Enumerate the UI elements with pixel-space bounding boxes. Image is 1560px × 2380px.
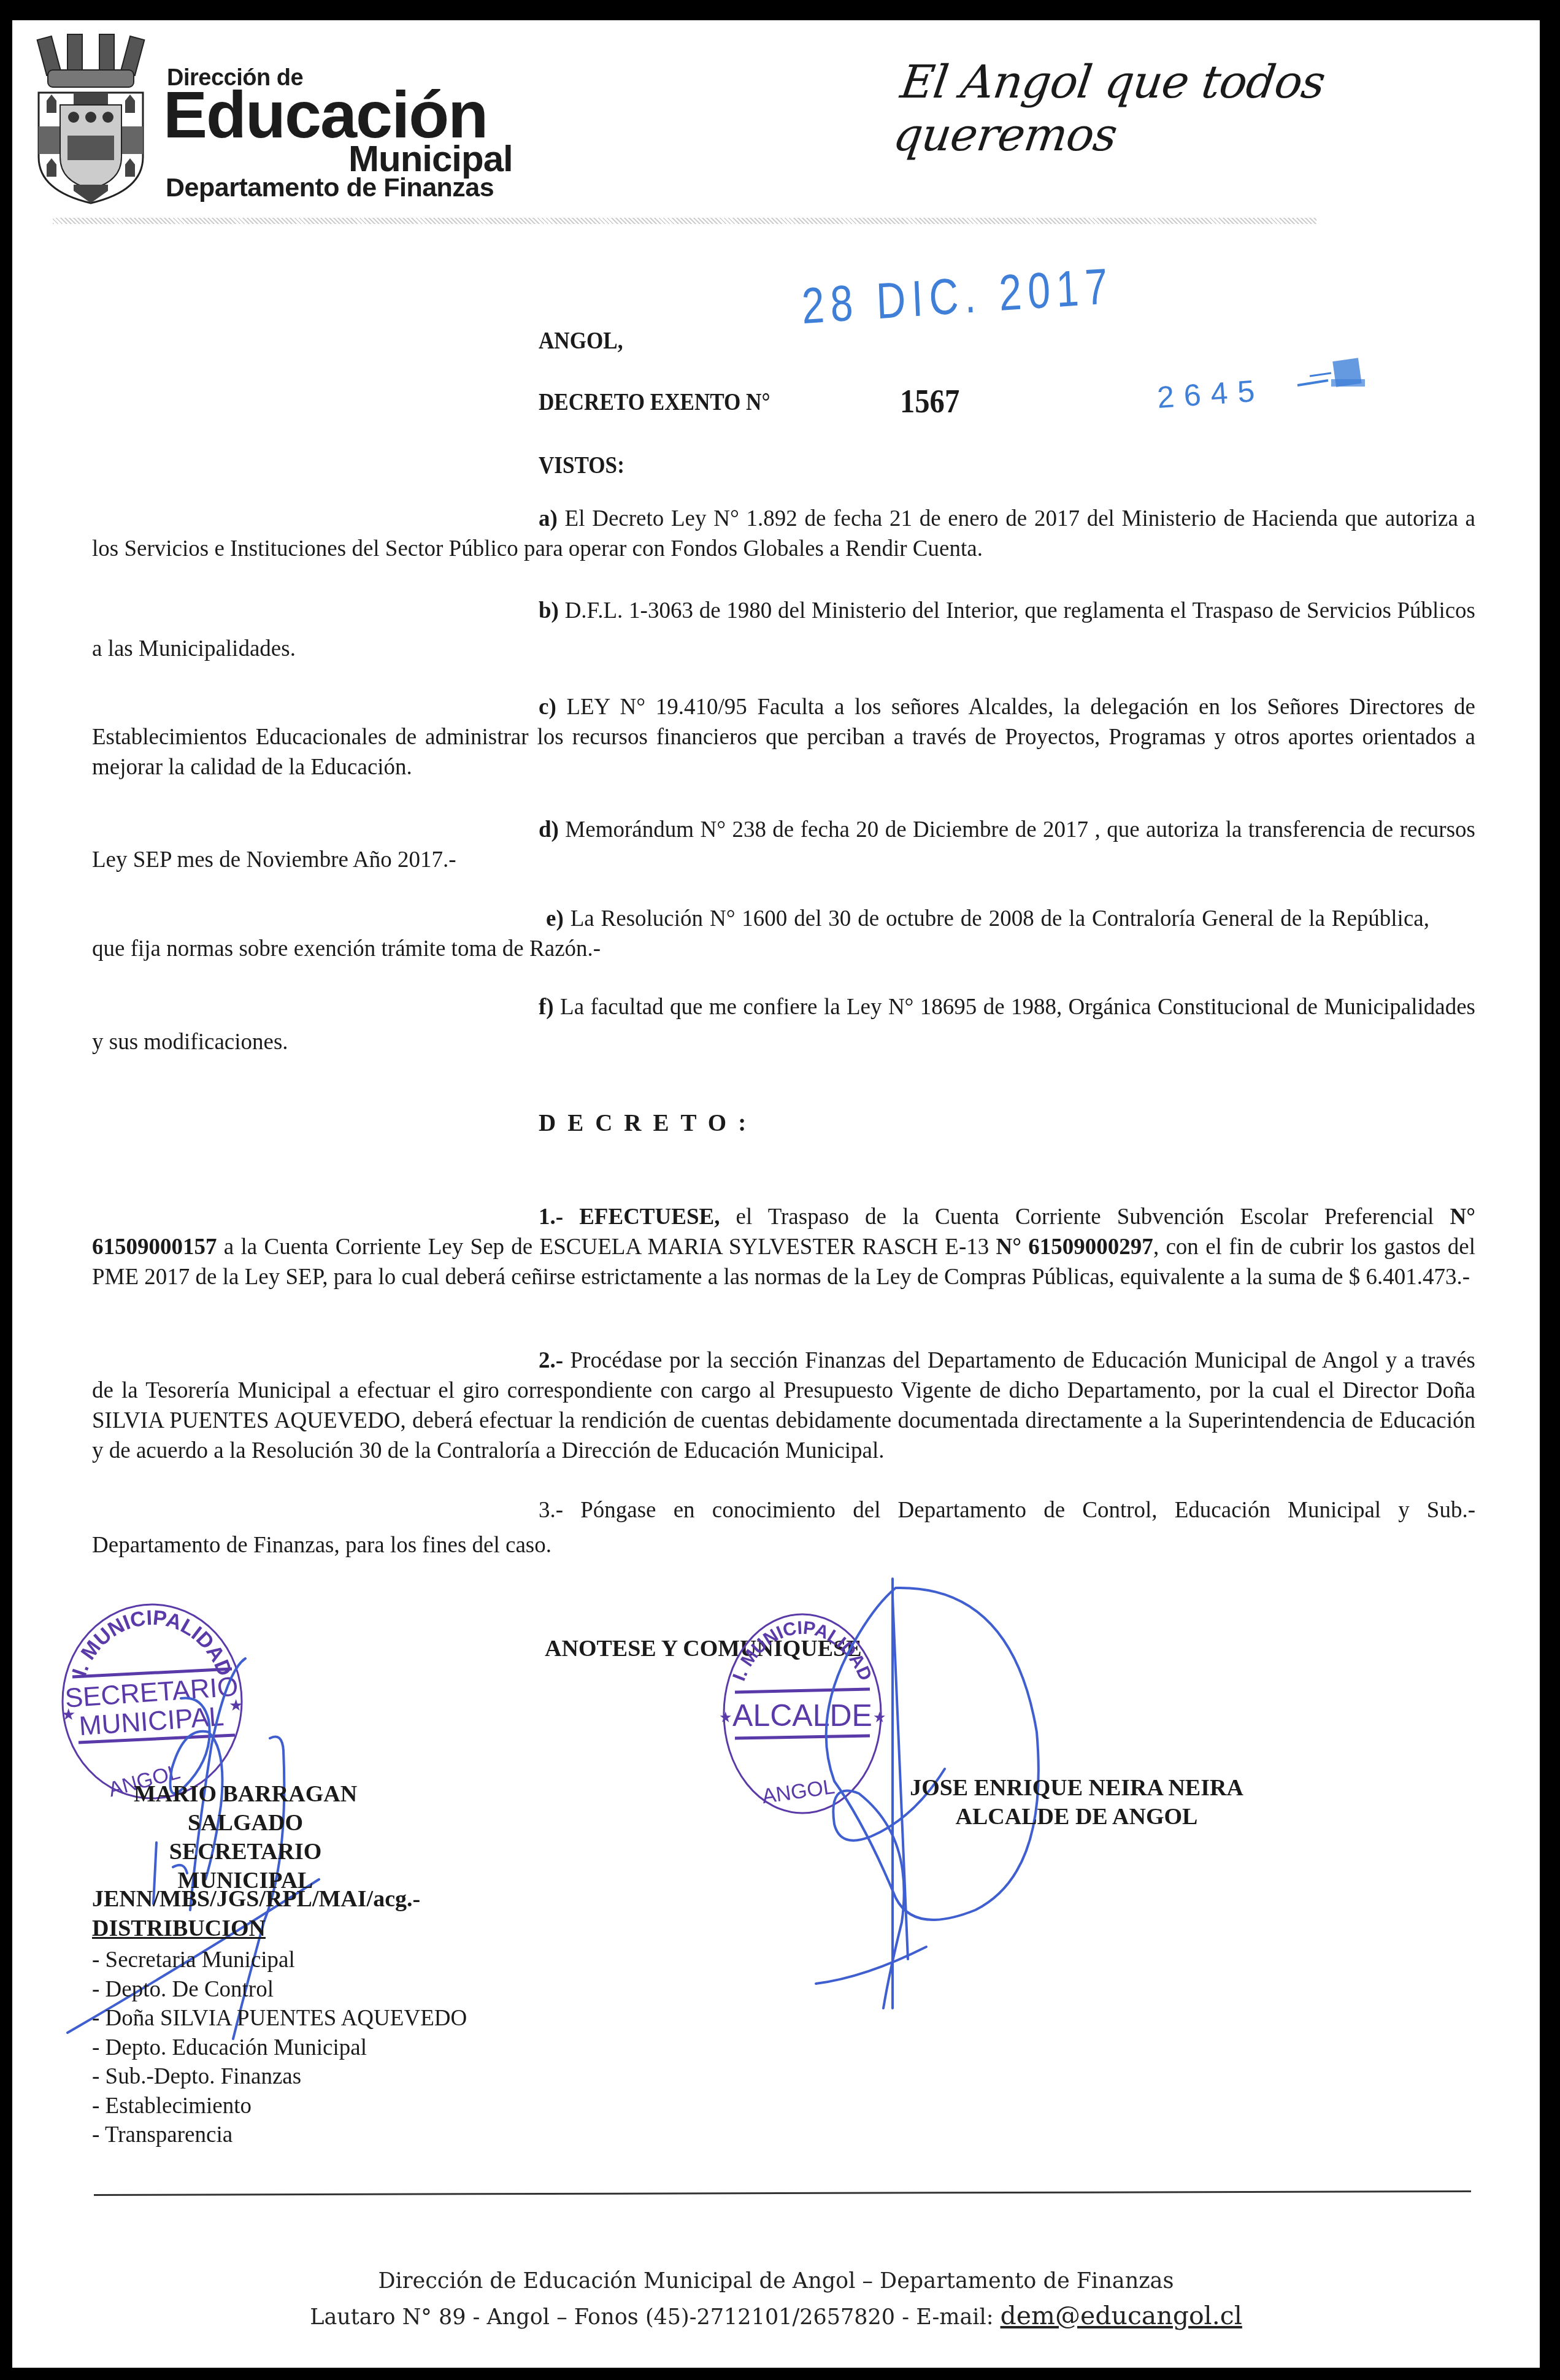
distribution-item: - Doña SILVIA PUENTES AQUEVEDO: [92, 2004, 467, 2033]
visto-f: f) La facultad que me confiere la Ley N°…: [92, 990, 1475, 1060]
distribution-item: - Establecimiento: [92, 2092, 467, 2121]
footer-divider: [94, 2190, 1471, 2196]
date-stamp: 28 DIC. 2017: [801, 256, 1115, 335]
decree-label: DECRETO EXENTO N°: [539, 388, 770, 416]
header-divider: [53, 218, 1316, 224]
mayor-name: JOSE ENRIQUE NEIRA NEIRA: [905, 1774, 1248, 1803]
footer-contact: Lautaro N° 89 - Angol – Fonos (45)-27121…: [12, 2301, 1540, 2330]
footer-organization: Dirección de Educación Municipal de Ango…: [12, 2269, 1540, 2293]
vistos-label: VISTOS:: [539, 452, 624, 479]
letterhead-department: Departamento de Finanzas: [166, 175, 494, 201]
visto-b: b) D.F.L. 1-3063 de 1980 del Ministerio …: [92, 592, 1475, 668]
decreto-item-3: 3.- Póngase en conocimiento del Departam…: [92, 1493, 1475, 1563]
distribution-title: DISTRIBUCION: [92, 1915, 266, 1942]
mayor-signature-block: JOSE ENRIQUE NEIRA NEIRA ALCALDE DE ANGO…: [905, 1774, 1248, 1831]
decreto-title: DECRETO:: [539, 1109, 758, 1137]
coat-of-arms-icon: [36, 34, 146, 206]
footer-address: Lautaro N° 89 - Angol – Fonos (45)-27121…: [310, 2305, 1000, 2330]
visto-a: a) El Decreto Ley N° 1.892 de fecha 21 d…: [92, 504, 1475, 564]
visto-e: e) La Resolución N° 1600 del 30 de octub…: [92, 904, 1429, 964]
distribution-item: - Depto. Educación Municipal: [92, 2033, 467, 2063]
office-stamp-icon: [1294, 355, 1368, 395]
mayor-title: ALCALDE DE ANGOL: [905, 1803, 1248, 1831]
decreto-item-1: 1.- EFECTUESE, el Traspaso de la Cuenta …: [92, 1202, 1475, 1292]
distribution-item: - Sub.-Depto. Finanzas: [92, 2062, 467, 2092]
decreto-item-2: 2.- Procédase por la sección Finanzas de…: [92, 1346, 1475, 1466]
slogan: El Angol que todos queremos: [890, 56, 1547, 161]
distribution-item: - Transparencia: [92, 2120, 467, 2150]
document-page: Dirección de Educación Municipal Departa…: [12, 20, 1540, 2368]
secretary-name: MARIO BARRAGAN SALGADO: [113, 1780, 377, 1838]
city-label: ANGOL,: [539, 327, 623, 355]
secretary-signature-block: MARIO BARRAGAN SALGADO SECRETARIO MUNICI…: [113, 1780, 377, 1895]
visto-c: c) LEY N° 19.410/95 Faculta a los señore…: [92, 692, 1475, 782]
footer-email-link[interactable]: dem@educangol.cl: [1001, 2301, 1242, 2330]
visto-d: d) Memorándum N° 238 de fecha 20 de Dici…: [92, 815, 1475, 875]
letterhead-municipal: Municipal: [348, 141, 513, 177]
distribution-list: - Secretaria Municipal - Depto. De Contr…: [92, 1946, 467, 2150]
distribution-item: - Depto. De Control: [92, 1975, 467, 2005]
drafting-initials: JENN/MBS/JGS/RPL/MAI/acg.-: [92, 1885, 420, 1912]
decree-number: 1567: [900, 382, 959, 420]
distribution-item: - Secretaria Municipal: [92, 1946, 467, 1975]
svg-text:★: ★: [719, 1710, 732, 1726]
registry-number-stamp: 2645: [1156, 372, 1266, 415]
